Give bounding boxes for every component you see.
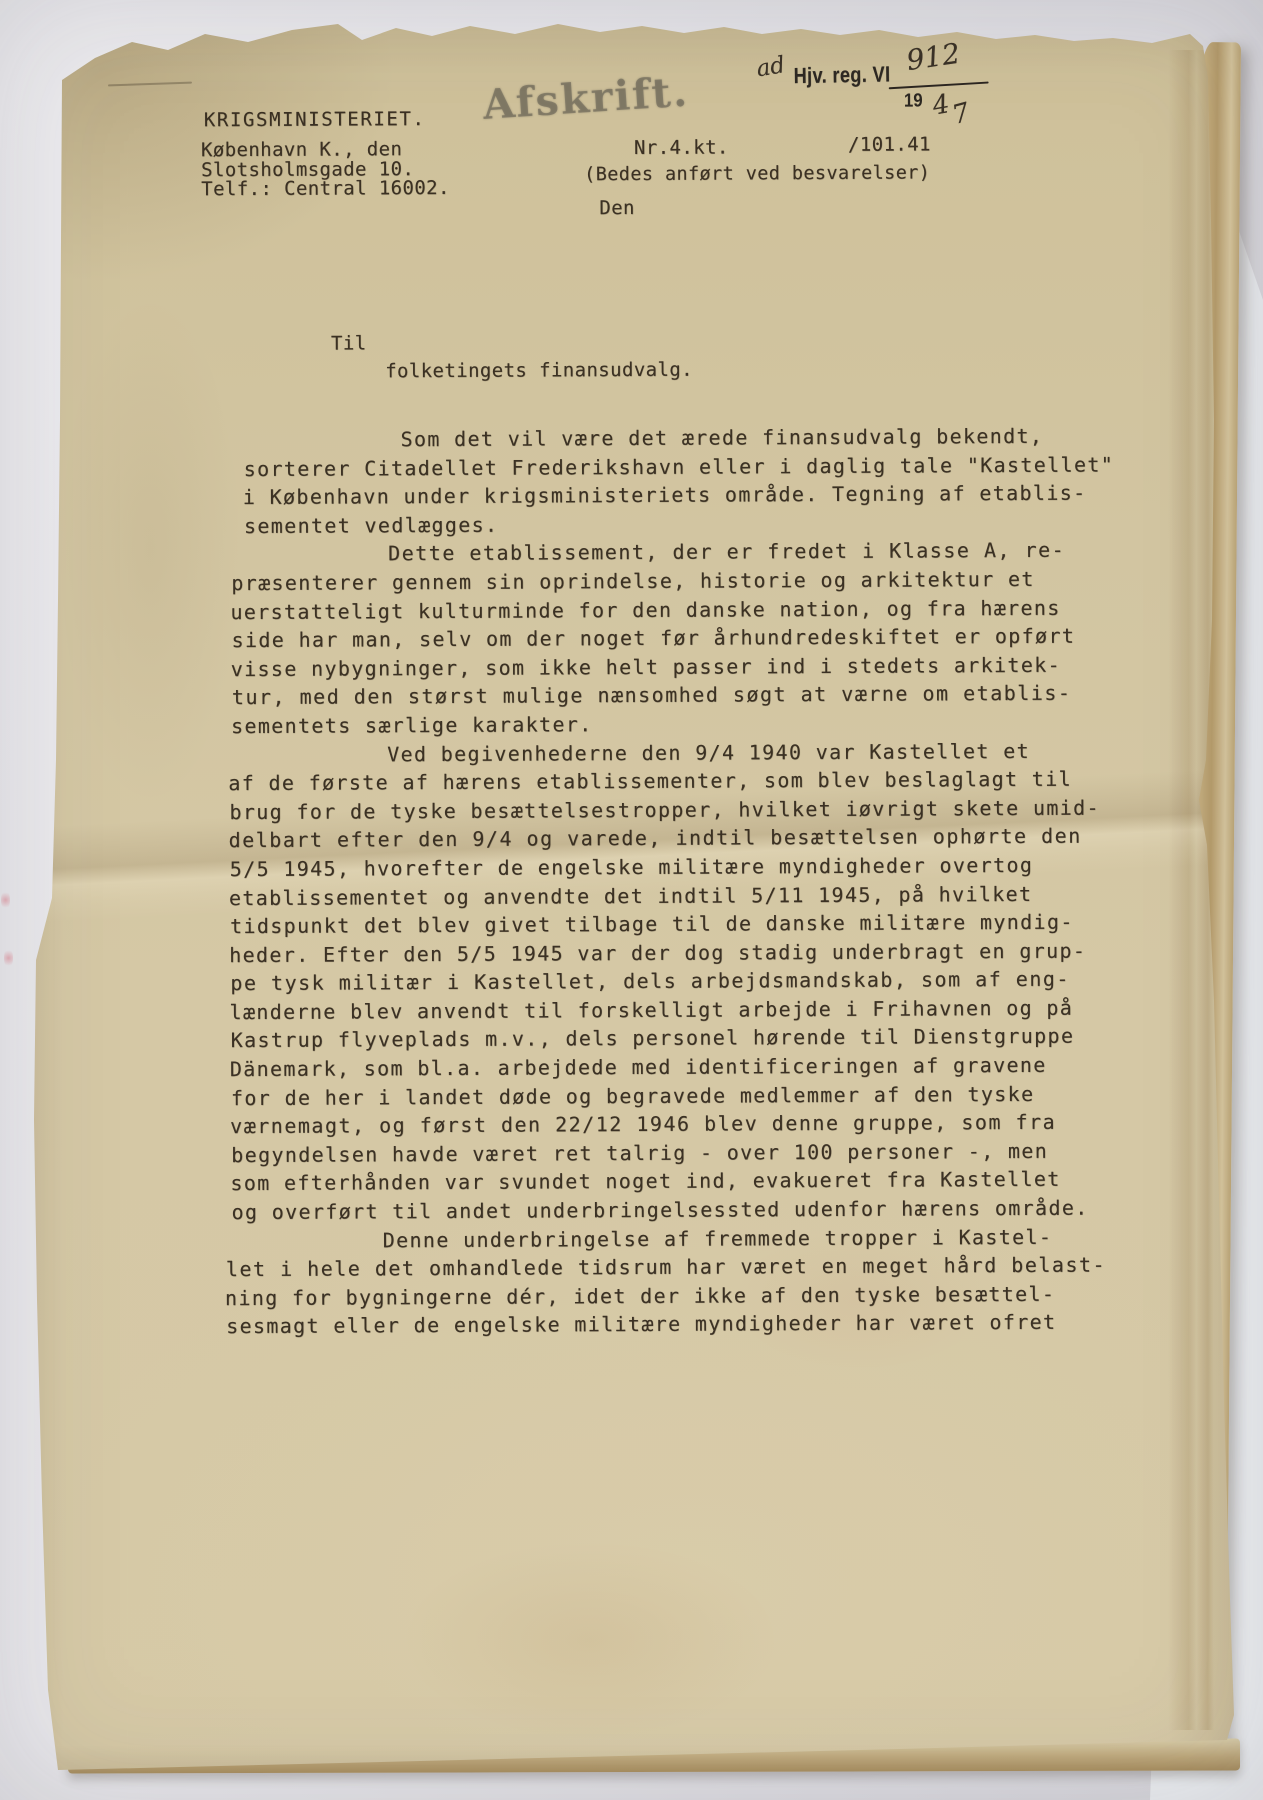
afskrift-stamp: Afskrift. [481,67,690,129]
address-line: Telf.: Central 16002. [201,177,450,200]
registry-stamp: Hjv. reg. VI [793,61,890,89]
office-reference: Nr.4.kt. [634,136,729,158]
registry-number-handwritten: 912 [904,37,962,77]
pink-speck [4,948,13,968]
letter-page: Afskrift. ad Hjv. reg. VI 912 19 4 7 KRI… [0,0,1263,1800]
registry-year-handwritten: 7 [949,98,973,131]
pink-speck [1,890,10,910]
letter-content: Afskrift. ad Hjv. reg. VI 912 19 4 7 KRI… [0,0,1263,1800]
reply-note: (Bedes anført ved besvarelser) [584,162,930,185]
salutation: Til [331,332,367,354]
typed-line: sesmagt eller de engelske militære myndi… [226,1309,1263,1343]
registry-fraction-line [889,82,989,90]
date-label: Den [599,197,635,219]
photo-of-document: Afskrift. ad Hjv. reg. VI 912 19 4 7 KRI… [0,0,1263,1800]
addressee: folketingets finansudvalg. [385,359,693,383]
ministry-name: KRIGSMINISTERIET. [204,108,426,131]
letter-body: Som det vil være det ærede finansudvalg … [0,423,1263,1345]
registry-year-printed: 19 [904,90,923,112]
registry-year-handwritten: 4 [930,89,952,121]
journal-reference: /101.41 [848,133,931,155]
handwritten-ad: ad [755,52,787,82]
